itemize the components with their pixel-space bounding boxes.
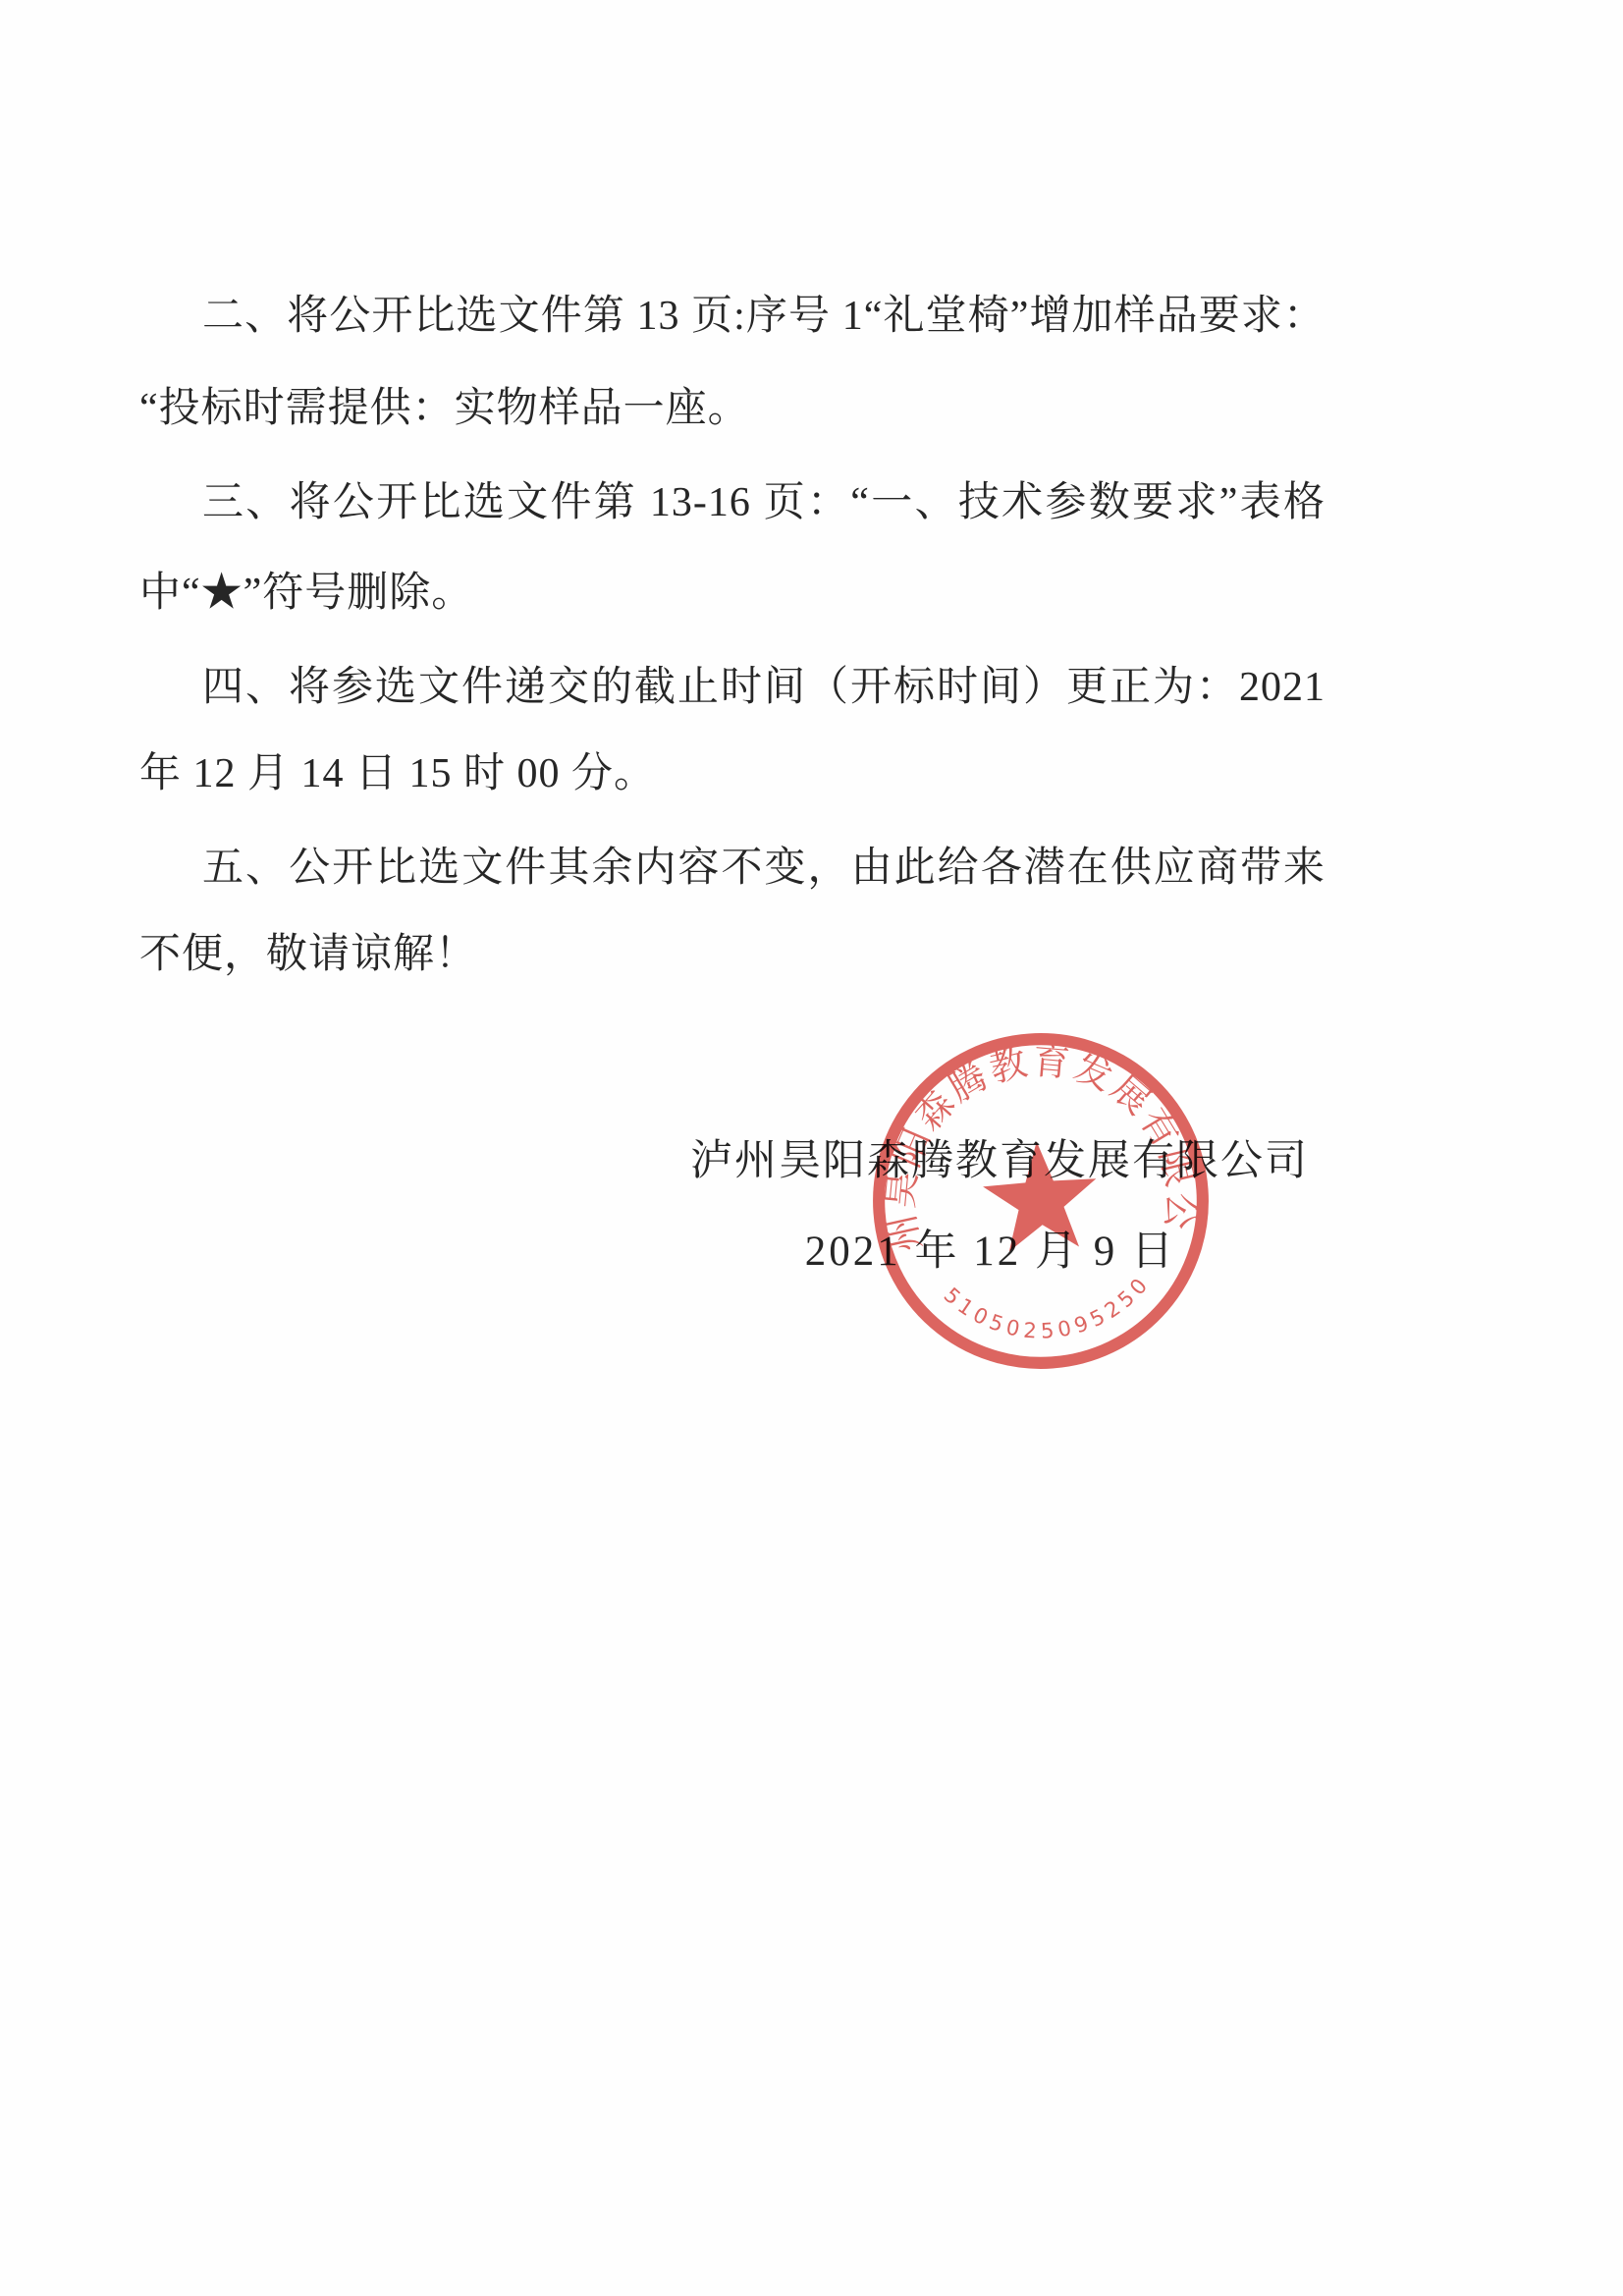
company-seal: 泸州昊阳森腾教育发展有限公司 5105025095250 [867, 1027, 1215, 1375]
paragraph-2-line-1: 二、将公开比选文件第 13 页:序号 1“礼堂椅”增加样品要求： [139, 291, 1325, 343]
paragraph-2-line-2: “投标时需提供：实物样品一座。 [139, 383, 1325, 435]
paragraph-4-line-1: 四、将参选文件递交的截止时间（开标时间）更正为：2021 [139, 662, 1325, 714]
paragraph-5-line-1: 五、公开比选文件其余内容不变，由此给各潜在供应商带来 [139, 843, 1325, 895]
paragraph-3-line-1: 三、将公开比选文件第 13-16 页：“一、技术参数要求”表格 [139, 477, 1325, 529]
scanned-document-page: 二、将公开比选文件第 13 页:序号 1“礼堂椅”增加样品要求： “投标时需提供… [0, 0, 1623, 2296]
red-star-icon [980, 1137, 1101, 1253]
paragraph-5-line-2: 不便，敬请谅解！ [139, 929, 1325, 981]
paragraph-4-line-2: 年 12 月 14 日 15 时 00 分。 [139, 748, 1325, 800]
paragraph-3-line-2: 中“★”符号删除。 [139, 568, 1325, 620]
